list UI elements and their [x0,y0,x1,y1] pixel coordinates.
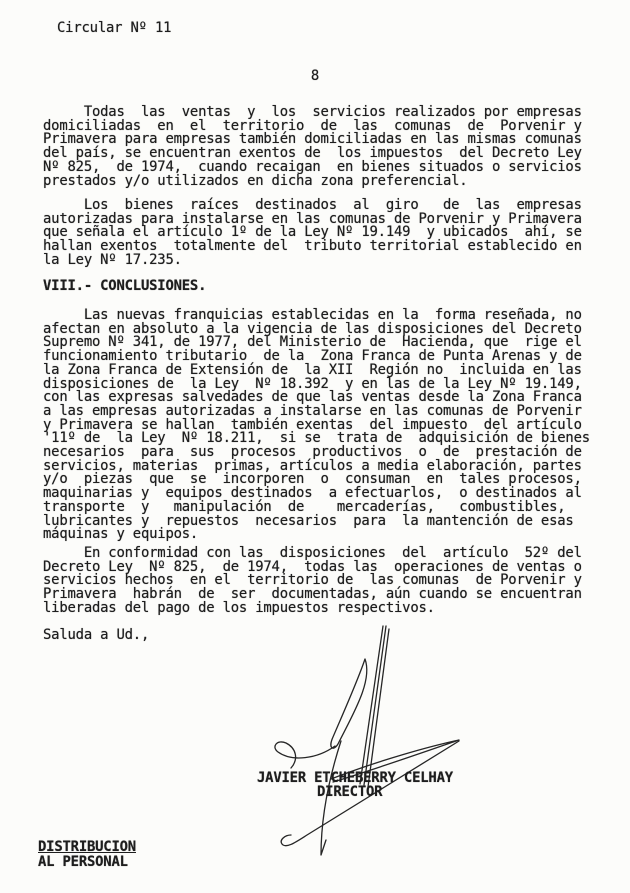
paragraph-2: Los bienes raíces destinados al giro de … [43,199,582,268]
paragraph-3: Las nuevas franquicias establecidas en l… [43,309,590,542]
page-number: 8 [0,68,630,84]
signature-graphic [245,618,480,873]
conclusions-heading: VIII.- CONCLUSIONES. [43,280,206,294]
paragraph-1: Todas las ventas y los servicios realiza… [43,106,582,188]
signer-title: DIRECTOR [317,786,382,800]
circular-number-label: Circular Nº 11 [57,22,171,36]
distribution-target: AL PERSONAL [38,856,128,870]
closing-salutation: Saluda a Ud., [43,629,149,643]
document-page: Circular Nº 11 8 Todas las ventas y los … [0,0,630,893]
paragraph-4: En conformidad con las disposiciones del… [43,547,582,616]
distribution-heading: DISTRIBUCION [38,841,136,855]
